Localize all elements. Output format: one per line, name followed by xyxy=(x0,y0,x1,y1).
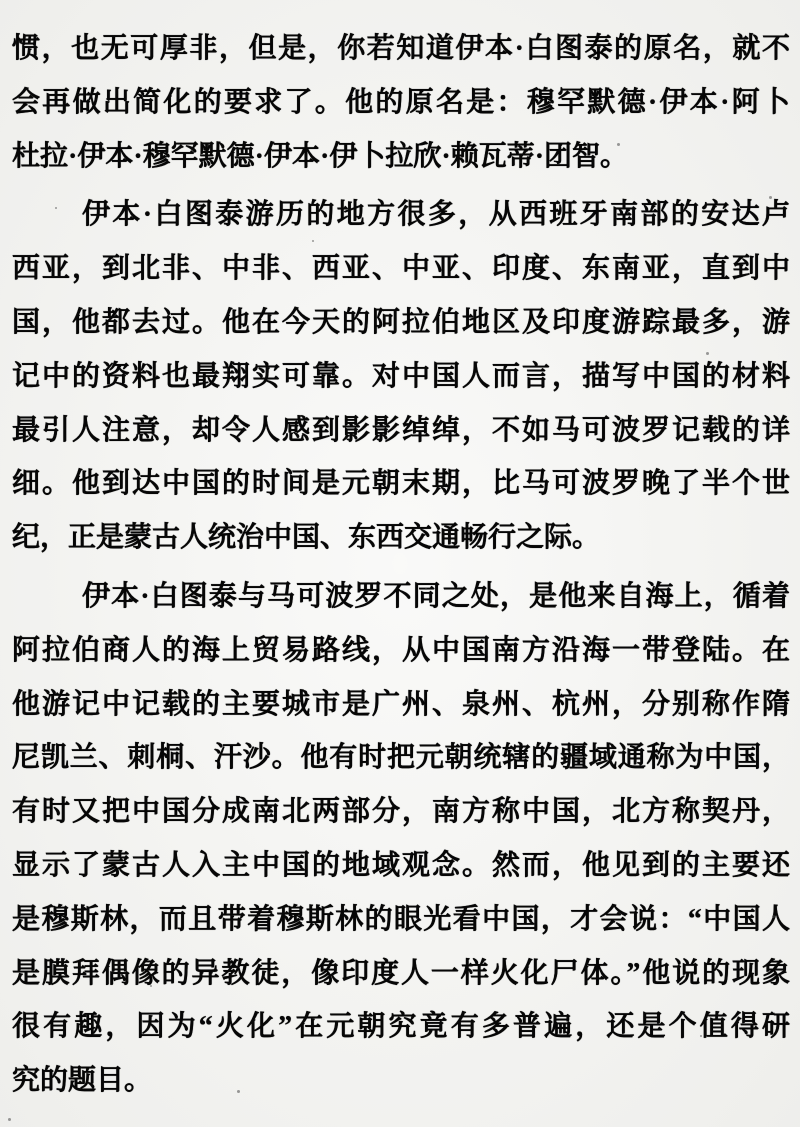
text-block: 惯，也无可厚非，但是，你若知道伊本·白图泰的原名，就不会再做出简化的要求了。他的… xyxy=(12,22,790,1108)
text-line: 他游记中记载的主要城市是广州、泉州、杭州，分别称作隋 xyxy=(12,678,790,732)
text-line: 惯，也无可厚非，但是，你若知道伊本·白图泰的原名，就不 xyxy=(12,22,790,76)
text-line: 纪，正是蒙古人统治中国、东西交通畅行之际。 xyxy=(12,511,790,565)
text-line: 会再做出简化的要求了。他的原名是：穆罕默德·伊本·阿卜 xyxy=(12,76,790,130)
scan-speck xyxy=(8,1118,11,1121)
text-line: 尼凯兰、刺桐、汗沙。他有时把元朝统辖的疆域通称为中国， xyxy=(12,731,790,785)
scan-speck xyxy=(770,650,773,653)
scan-speck xyxy=(772,915,775,918)
text-line: 最引人注意，却令人感到影影绰绰，不如马可波罗记载的详 xyxy=(12,404,790,458)
text-line: 伊本·白图泰与马可波罗不同之处，是他来自海上，循着 xyxy=(12,570,790,624)
text-line: 有时又把中国分成南北两部分，南方称中国，北方称契丹， xyxy=(12,785,790,839)
text-line: 很有趣，因为“火化”在元朝究竟有多普遍，还是个值得研 xyxy=(12,1000,790,1054)
text-line: 西亚，到北非、中非、西亚、中亚、印度、东南亚，直到中 xyxy=(12,242,790,296)
text-line: 显示了蒙古人入主中国的地域观念。然而，他见到的主要还 xyxy=(12,839,790,893)
scan-speck xyxy=(700,1035,702,1037)
scan-speck xyxy=(425,588,427,590)
scanned-page: 惯，也无可厚非，但是，你若知道伊本·白图泰的原名，就不会再做出简化的要求了。他的… xyxy=(0,0,800,1127)
scan-speck xyxy=(312,240,314,242)
scan-speck xyxy=(706,352,709,355)
text-line: 阿拉伯商人的海上贸易路线，从中国南方沿海一带登陆。在 xyxy=(12,624,790,678)
scan-speck xyxy=(237,1090,240,1093)
text-line: 杜拉·伊本·穆罕默德·伊本·伊卜拉欣·赖瓦蒂·团智。 xyxy=(12,130,790,184)
scan-speck xyxy=(540,762,542,764)
text-line: 究的题目。 xyxy=(12,1054,790,1108)
text-line: 细。他到达中国的时间是元朝末期，比马可波罗晚了半个世 xyxy=(12,457,790,511)
text-line: 记中的资料也最翔实可靠。对中国人而言，描写中国的材料 xyxy=(12,350,790,404)
scan-speck xyxy=(630,470,632,472)
text-line: 是穆斯林，而且带着穆斯林的眼光看中国，才会说：“中国人 xyxy=(12,893,790,947)
scan-speck xyxy=(150,985,152,987)
scan-speck xyxy=(55,207,57,209)
paragraph: 伊本·白图泰与马可波罗不同之处，是他来自海上，循着阿拉伯商人的海上贸易路线，从中… xyxy=(12,570,790,1108)
text-line: 国，他都去过。他在今天的阿拉伯地区及印度游踪最多，游 xyxy=(12,296,790,350)
text-line: 是膜拜偶像的异教徒，像印度人一样火化尸体。”他说的现象 xyxy=(12,947,790,1001)
text-line: 伊本·白图泰游历的地方很多，从西班牙南部的安达卢 xyxy=(12,188,790,242)
paragraph: 惯，也无可厚非，但是，你若知道伊本·白图泰的原名，就不会再做出简化的要求了。他的… xyxy=(12,22,790,183)
paragraph: 伊本·白图泰游历的地方很多，从西班牙南部的安达卢西亚，到北非、中非、西亚、中亚、… xyxy=(12,188,790,565)
scan-speck xyxy=(617,143,620,146)
scan-speck xyxy=(769,196,772,199)
